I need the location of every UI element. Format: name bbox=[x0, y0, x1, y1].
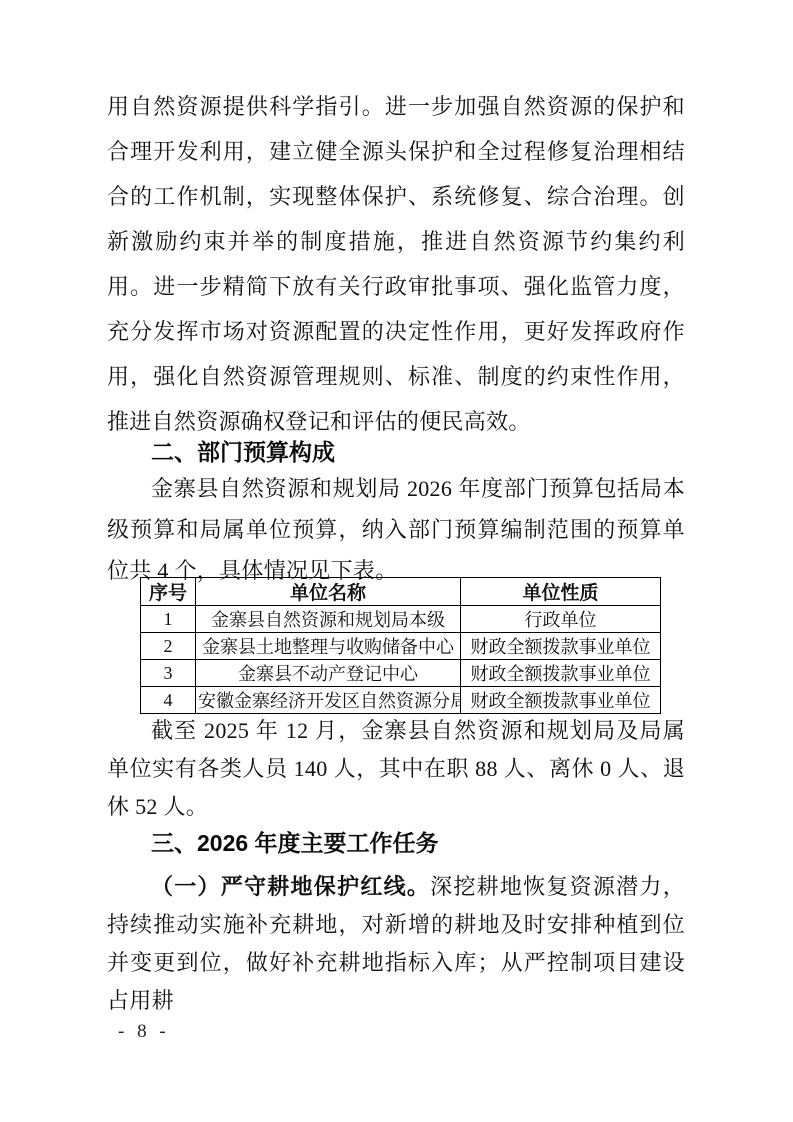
paragraph-staff-counts: 截至 2025 年 12 月，金寨县自然资源和规划局及局属单位实有各类人员 14… bbox=[107, 712, 685, 826]
table-row: 4 安徽金寨经济开发区自然资源分局 财政全额拨款事业单位 bbox=[141, 687, 661, 714]
cell-index: 2 bbox=[141, 633, 196, 660]
table-row: 1 金寨县自然资源和规划局本级 行政单位 bbox=[141, 606, 661, 633]
column-header-nature: 单位性质 bbox=[461, 578, 661, 606]
paragraph-continuation: 用自然资源提供科学指引。进一步加强自然资源的保护和合理开发利用，建立健全源头保护… bbox=[107, 84, 685, 444]
budget-units-table: 序号 单位名称 单位性质 1 金寨县自然资源和规划局本级 行政单位 2 金寨县土… bbox=[140, 577, 661, 714]
cell-nature: 财政全额拨款事业单位 bbox=[461, 687, 661, 714]
page-number: - 8 - bbox=[118, 1021, 170, 1043]
table-header-row: 序号 单位名称 单位性质 bbox=[141, 578, 661, 606]
cell-nature: 财政全额拨款事业单位 bbox=[461, 633, 661, 660]
paragraph-task-one: （一）严守耕地保护红线。深挖耕地恢复资源潜力，持续推动实施补充耕地，对新增的耕地… bbox=[107, 868, 685, 1020]
cell-name: 安徽金寨经济开发区自然资源分局 bbox=[196, 687, 461, 714]
cell-name: 金寨县不动产登记中心 bbox=[196, 660, 461, 687]
table-row: 2 金寨县土地整理与收购储备中心 财政全额拨款事业单位 bbox=[141, 633, 661, 660]
column-header-name: 单位名称 bbox=[196, 578, 461, 606]
cell-nature: 财政全额拨款事业单位 bbox=[461, 660, 661, 687]
cell-index: 3 bbox=[141, 660, 196, 687]
cell-index: 4 bbox=[141, 687, 196, 714]
table-row: 3 金寨县不动产登记中心 财政全额拨款事业单位 bbox=[141, 660, 661, 687]
section-heading-budget-composition: 二、部门预算构成 bbox=[151, 437, 335, 467]
paragraph-budget-scope: 金寨县自然资源和规划局 2026 年度部门预算包括局本级预算和局属单位预算，纳入… bbox=[107, 468, 685, 591]
cell-name: 金寨县自然资源和规划局本级 bbox=[196, 606, 461, 633]
section-heading-main-tasks: 三、2026 年度主要工作任务 bbox=[151, 828, 439, 858]
document-page: 用自然资源提供科学指引。进一步加强自然资源的保护和合理开发利用，建立健全源头保护… bbox=[0, 0, 793, 1122]
column-header-index: 序号 bbox=[141, 578, 196, 606]
cell-index: 1 bbox=[141, 606, 196, 633]
cell-name: 金寨县土地整理与收购储备中心 bbox=[196, 633, 461, 660]
task-one-bold-lead: （一）严守耕地保护红线。 bbox=[151, 874, 430, 899]
cell-nature: 行政单位 bbox=[461, 606, 661, 633]
